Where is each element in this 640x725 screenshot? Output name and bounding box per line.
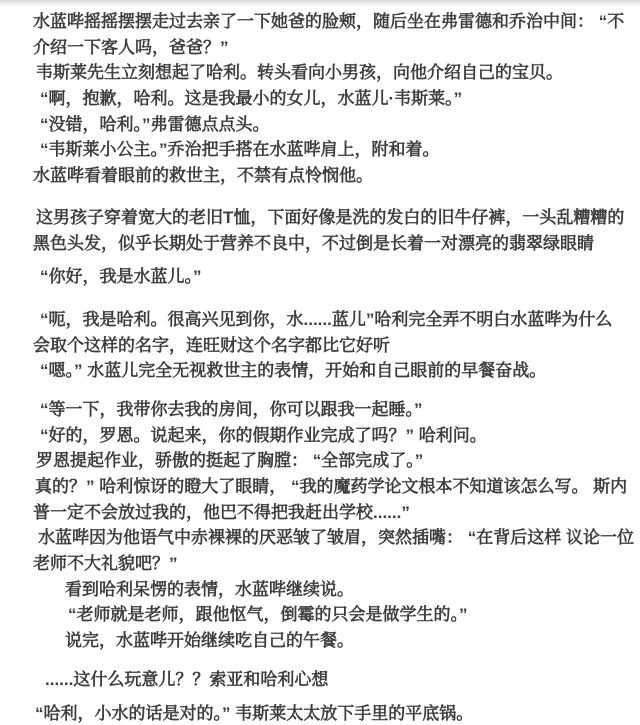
text-line: “好的，罗恩。说起来，你的假期作业完成了吗？” 哈利问。 <box>33 423 632 449</box>
text-line: 真的？” 哈利惊讶的瞪大了眼睛， “我的魔药学论文根本不知道该怎么写。 斯内 <box>33 474 632 500</box>
text-line: 老师不大礼貌吧？” <box>33 551 632 577</box>
text-line: 水蓝哔因为他语气中赤裸裸的厌恶皱了皱眉，突然插嘴： “在背后这样 议论一位 <box>33 525 632 551</box>
text-line: 罗恩提起作业，骄傲的挺起了胸膛： “全部完成了。” <box>33 448 632 474</box>
text-line: “啊，抱歉，哈利。这是我最小的女儿，水蓝儿·韦斯莱。” <box>33 86 632 112</box>
novel-text: 水蓝哔摇摇摆摆走过去亲了一下她爸的脸颊，随后坐在弗雷德和乔治中间： “不介绍一下… <box>33 9 632 725</box>
text-line: 看到哈利呆愣的表情，水蓝哔继续说。 <box>33 577 632 603</box>
text-line: 说完，水蓝哔开始继续吃自己的午餐。 <box>33 628 632 654</box>
text-line: “韦斯莱小公主。”乔治把手搭在水蓝哔肩上，附和着。 <box>33 137 632 163</box>
text-line: 黑色头发，似乎长期处于营养不良中，不过倒是长着一对漂亮的翡翠绿眼睛 <box>33 231 632 257</box>
text-line: 介绍一下客人吗，爸爸？” <box>33 35 632 61</box>
text-line: 水蓝哔看着眼前的救世主，不禁有点怜悯他。 <box>33 163 632 189</box>
text-line: “等一下，我带你去我的房间，你可以跟我一起睡。” <box>33 397 632 423</box>
text-line: “老师就是老师，跟他怄气，倒霉的只会是做学生的。” <box>33 602 632 628</box>
text-line: 这男孩子穿着宽大的老旧T恤，下面好像是洗的发白的旧牛仔裤，一头乱糟糟的 <box>33 205 632 231</box>
text-line: “呃，我是哈利。很高兴见到你，水......蓝儿”哈利完全弄不明白水蓝哔为什么 <box>33 307 632 333</box>
text-line: “嗯。” 水蓝儿完全无视救世主的表情，开始和自己眼前的早餐奋战。 <box>33 358 632 384</box>
text-line: 会取个这样的名字，连旺财这个名字都比它好听 <box>33 333 632 359</box>
text-line: “你好，我是水蓝儿。” <box>33 264 632 290</box>
text-line: ......这什么玩意儿？？索亚和哈利心想 <box>33 667 632 693</box>
text-line: 韦斯莱先生立刻想起了哈利。转头看向小男孩，向他介绍自己的宝贝。 <box>33 60 632 86</box>
text-line: 水蓝哔摇摇摆摆走过去亲了一下她爸的脸颊，随后坐在弗雷德和乔治中间： “不 <box>33 9 632 35</box>
novel-page: 水蓝哔摇摇摆摆走过去亲了一下她爸的脸颊，随后坐在弗雷德和乔治中间： “不介绍一下… <box>0 0 640 725</box>
text-line: 普一定不会放过我的，他巴不得把我赶出学校......” <box>33 500 632 526</box>
text-line: “没错，哈利。”弗雷德点点头。 <box>33 112 632 138</box>
text-line: “哈利，小水的话是对的。” 韦斯莱太太放下手里的平底锅。 <box>33 701 632 725</box>
